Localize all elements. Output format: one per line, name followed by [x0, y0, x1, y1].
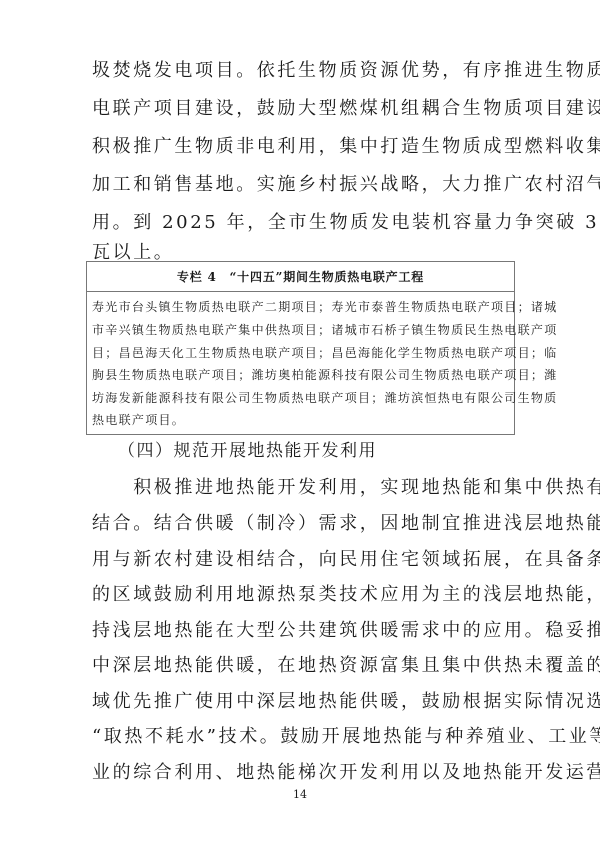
column-box-line: 市辛兴镇生物质热电联产集中供热项目；诸城市石桥子镇生物质民生热电联产项 [92, 323, 558, 337]
text-line: “取热不耗水”技术。鼓励开展地热能与种养殖业、工业等产 [92, 727, 512, 747]
text-line: 中深层地热能供暖，在地热资源富集且集中供热未覆盖的区 [92, 656, 512, 676]
column-box-title: 专栏 4 “十四五”期间生物质热电联产工程 [87, 262, 514, 292]
text-line: 用与新农村建设相结合，向民用住宅领域拓展，在具备条件 [92, 550, 512, 570]
column-box-line: 目；昌邑海天化工生物质热电联产项目；昌邑海能化学生物质热电联产项目；临 [92, 346, 558, 360]
text-line: 业的综合利用、地热能梯次开发利用以及地热能开发运营与 [92, 763, 512, 783]
text-line: 加工和销售基地。实施乡村振兴战略，大力推广农村沼气利 [92, 175, 512, 195]
text-line: 电联产项目建设，鼓励大型燃煤机组耦合生物质项目建设。 [92, 99, 512, 119]
column-box-line: 朐县生物质热电联产项目；潍坊奥柏能源科技有限公司生物质热电联产项目；潍 [92, 368, 558, 382]
text-line: 持浅层地热能在大型公共建筑供暖需求中的应用。稳妥推进 [92, 621, 512, 641]
column-box-line: 寿光市台头镇生物质热电联产二期项目；寿光市泰普生物质热电联产项目；诸城 [92, 300, 558, 314]
column-box: 专栏 4 “十四五”期间生物质热电联产工程 寿光市台头镇生物质热电联产二期项目；… [86, 261, 515, 435]
section-heading: （四）规范开展地热能开发利用 [118, 441, 377, 461]
text-line: 用。到 2025 年，全市生物质发电装机容量力争突破 30 万千 [92, 213, 512, 233]
text-line: 的区域鼓励利用地源热泵类技术应用为主的浅层地热能，支 [92, 585, 512, 605]
column-box-line: 坊海发新能源科技有限公司生物质热电联产项目；潍坊滨恒热电有限公司生物质 [92, 391, 558, 405]
text-line: 积极推广生物质非电利用，集中打造生物质成型燃料收集、 [92, 137, 512, 157]
text-line: 瓦以上。 [92, 243, 512, 263]
text-line: 结合。结合供暖（制冷）需求，因地制宜推进浅层地热能利 [92, 514, 512, 534]
text-line: 域优先推广使用中深层地热能供暖，鼓励根据实际情况选择 [92, 692, 512, 712]
text-line: 圾焚烧发电项目。依托生物质资源优势，有序推进生物质热 [92, 61, 512, 81]
text-line: 积极推进地热能开发利用，实现地热能和集中供热有机 [92, 478, 512, 498]
column-box-line: 热电联产项目。 [92, 413, 185, 427]
page-number: 14 [0, 788, 600, 801]
